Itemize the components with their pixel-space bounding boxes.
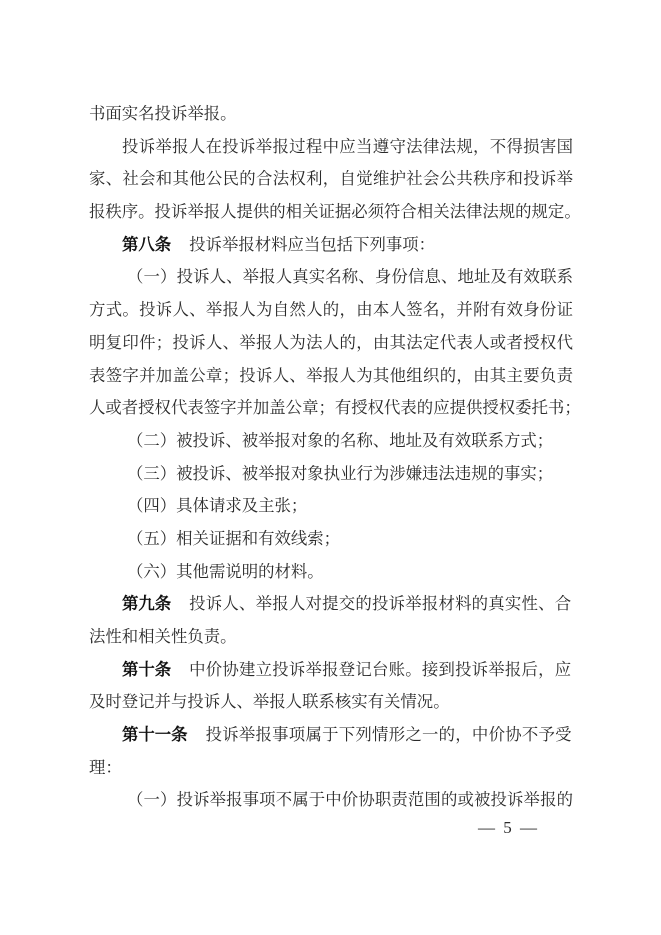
line-text: 书面实名投诉举报。 [89,98,237,131]
article-title: 第九条 [122,588,171,621]
line-text: 投诉举报人在投诉举报过程中应当遵守法律法规，不得损害国 [122,131,573,164]
article-line: 第十一条 投诉举报事项属于下列情形之一的，中价协不予受 [89,719,573,752]
list-item-line: （二）被投诉、被举报对象的名称、地址及有效联系方式； [89,425,573,458]
list-item-line: （五）相关证据和有效线索； [89,523,573,556]
page-number: — 5 — [478,818,539,838]
list-item-line: （六）其他需说明的材料。 [89,556,573,589]
line-text: 表签字并加盖公章；投诉人、举报人为其他组织的，由其主要负责 [89,360,573,393]
paragraph-line: 家、社会和其他公民的合法权利，自觉维护社会公共秩序和投诉举 [89,163,573,196]
line-text: 法性和相关性负责。 [89,621,237,654]
line-text: 明复印件；投诉人、举报人为法人的，由其法定代表人或者授权代 [89,327,573,360]
document-body: 书面实名投诉举报。 投诉举报人在投诉举报过程中应当遵守法律法规，不得损害国 家、… [89,98,573,817]
line-text: 报秩序。投诉举报人提供的相关证据必须符合相关法律法规的规定。 [89,196,573,229]
article-title: 第十一条 [122,719,188,752]
paragraph-line: 表签字并加盖公章；投诉人、举报人为其他组织的，由其主要负责 [89,360,573,393]
article-title: 第八条 [122,229,171,262]
list-item-line: （三）被投诉、被举报对象执业行为涉嫌违法违规的事实； [89,458,573,491]
article-title: 第十条 [122,654,171,687]
document-page: 书面实名投诉举报。 投诉举报人在投诉举报过程中应当遵守法律法规，不得损害国 家、… [0,0,661,935]
line-text: （六）其他需说明的材料。 [127,556,324,589]
list-item-line: （四）具体请求及主张； [89,490,573,523]
line-text: （五）相关证据和有效线索； [127,523,340,556]
line-text: 方式。投诉人、举报人为自然人的，由本人签名，并附有效身份证 [89,294,573,327]
paragraph-line: 明复印件；投诉人、举报人为法人的，由其法定代表人或者授权代 [89,327,573,360]
line-text: 理： [89,752,122,785]
article-line: 第十条 中价协建立投诉举报登记台账。接到投诉举报后，应 [89,654,573,687]
paragraph-line: 报秩序。投诉举报人提供的相关证据必须符合相关法律法规的规定。 [89,196,573,229]
paragraph-line: 书面实名投诉举报。 [89,98,573,131]
line-text: （一）投诉人、举报人真实名称、身份信息、地址及有效联系 [127,261,573,294]
line-text: 人或者授权代表签字并加盖公章；有授权代表的应提供授权委托书； [89,392,573,425]
paragraph-line: 方式。投诉人、举报人为自然人的，由本人签名，并附有效身份证 [89,294,573,327]
line-text: 投诉举报事项属于下列情形之一的，中价协不予受 [206,719,572,752]
paragraph-line: 人或者授权代表签字并加盖公章；有授权代表的应提供授权委托书； [89,392,573,425]
line-text: 家、社会和其他公民的合法权利，自觉维护社会公共秩序和投诉举 [89,163,573,196]
line-text: 投诉举报材料应当包括下列事项： [189,229,435,262]
line-text: 中价协建立投诉举报登记台账。接到投诉举报后，应 [189,654,571,687]
paragraph-line: 法性和相关性负责。 [89,621,573,654]
article-line: 第八条 投诉举报材料应当包括下列事项： [89,229,573,262]
line-text: （二）被投诉、被举报对象的名称、地址及有效联系方式； [127,425,553,458]
list-item-line: （一）投诉人、举报人真实名称、身份信息、地址及有效联系 [89,261,573,294]
line-text: （三）被投诉、被举报对象执业行为涉嫌违法违规的事实； [127,458,553,491]
line-text: （一）投诉举报事项不属于中价协职责范围的或被投诉举报的 [127,784,573,817]
paragraph-line: 理： [89,752,573,785]
article-line: 第九条 投诉人、举报人对提交的投诉举报材料的真实性、合 [89,588,573,621]
paragraph-line: 投诉举报人在投诉举报过程中应当遵守法律法规，不得损害国 [89,131,573,164]
line-text: 投诉人、举报人对提交的投诉举报材料的真实性、合 [189,588,571,621]
paragraph-line: 及时登记并与投诉人、举报人联系核实有关情况。 [89,686,573,719]
line-text: 及时登记并与投诉人、举报人联系核实有关情况。 [89,686,450,719]
list-item-line: （一）投诉举报事项不属于中价协职责范围的或被投诉举报的 [89,784,573,817]
line-text: （四）具体请求及主张； [127,490,307,523]
